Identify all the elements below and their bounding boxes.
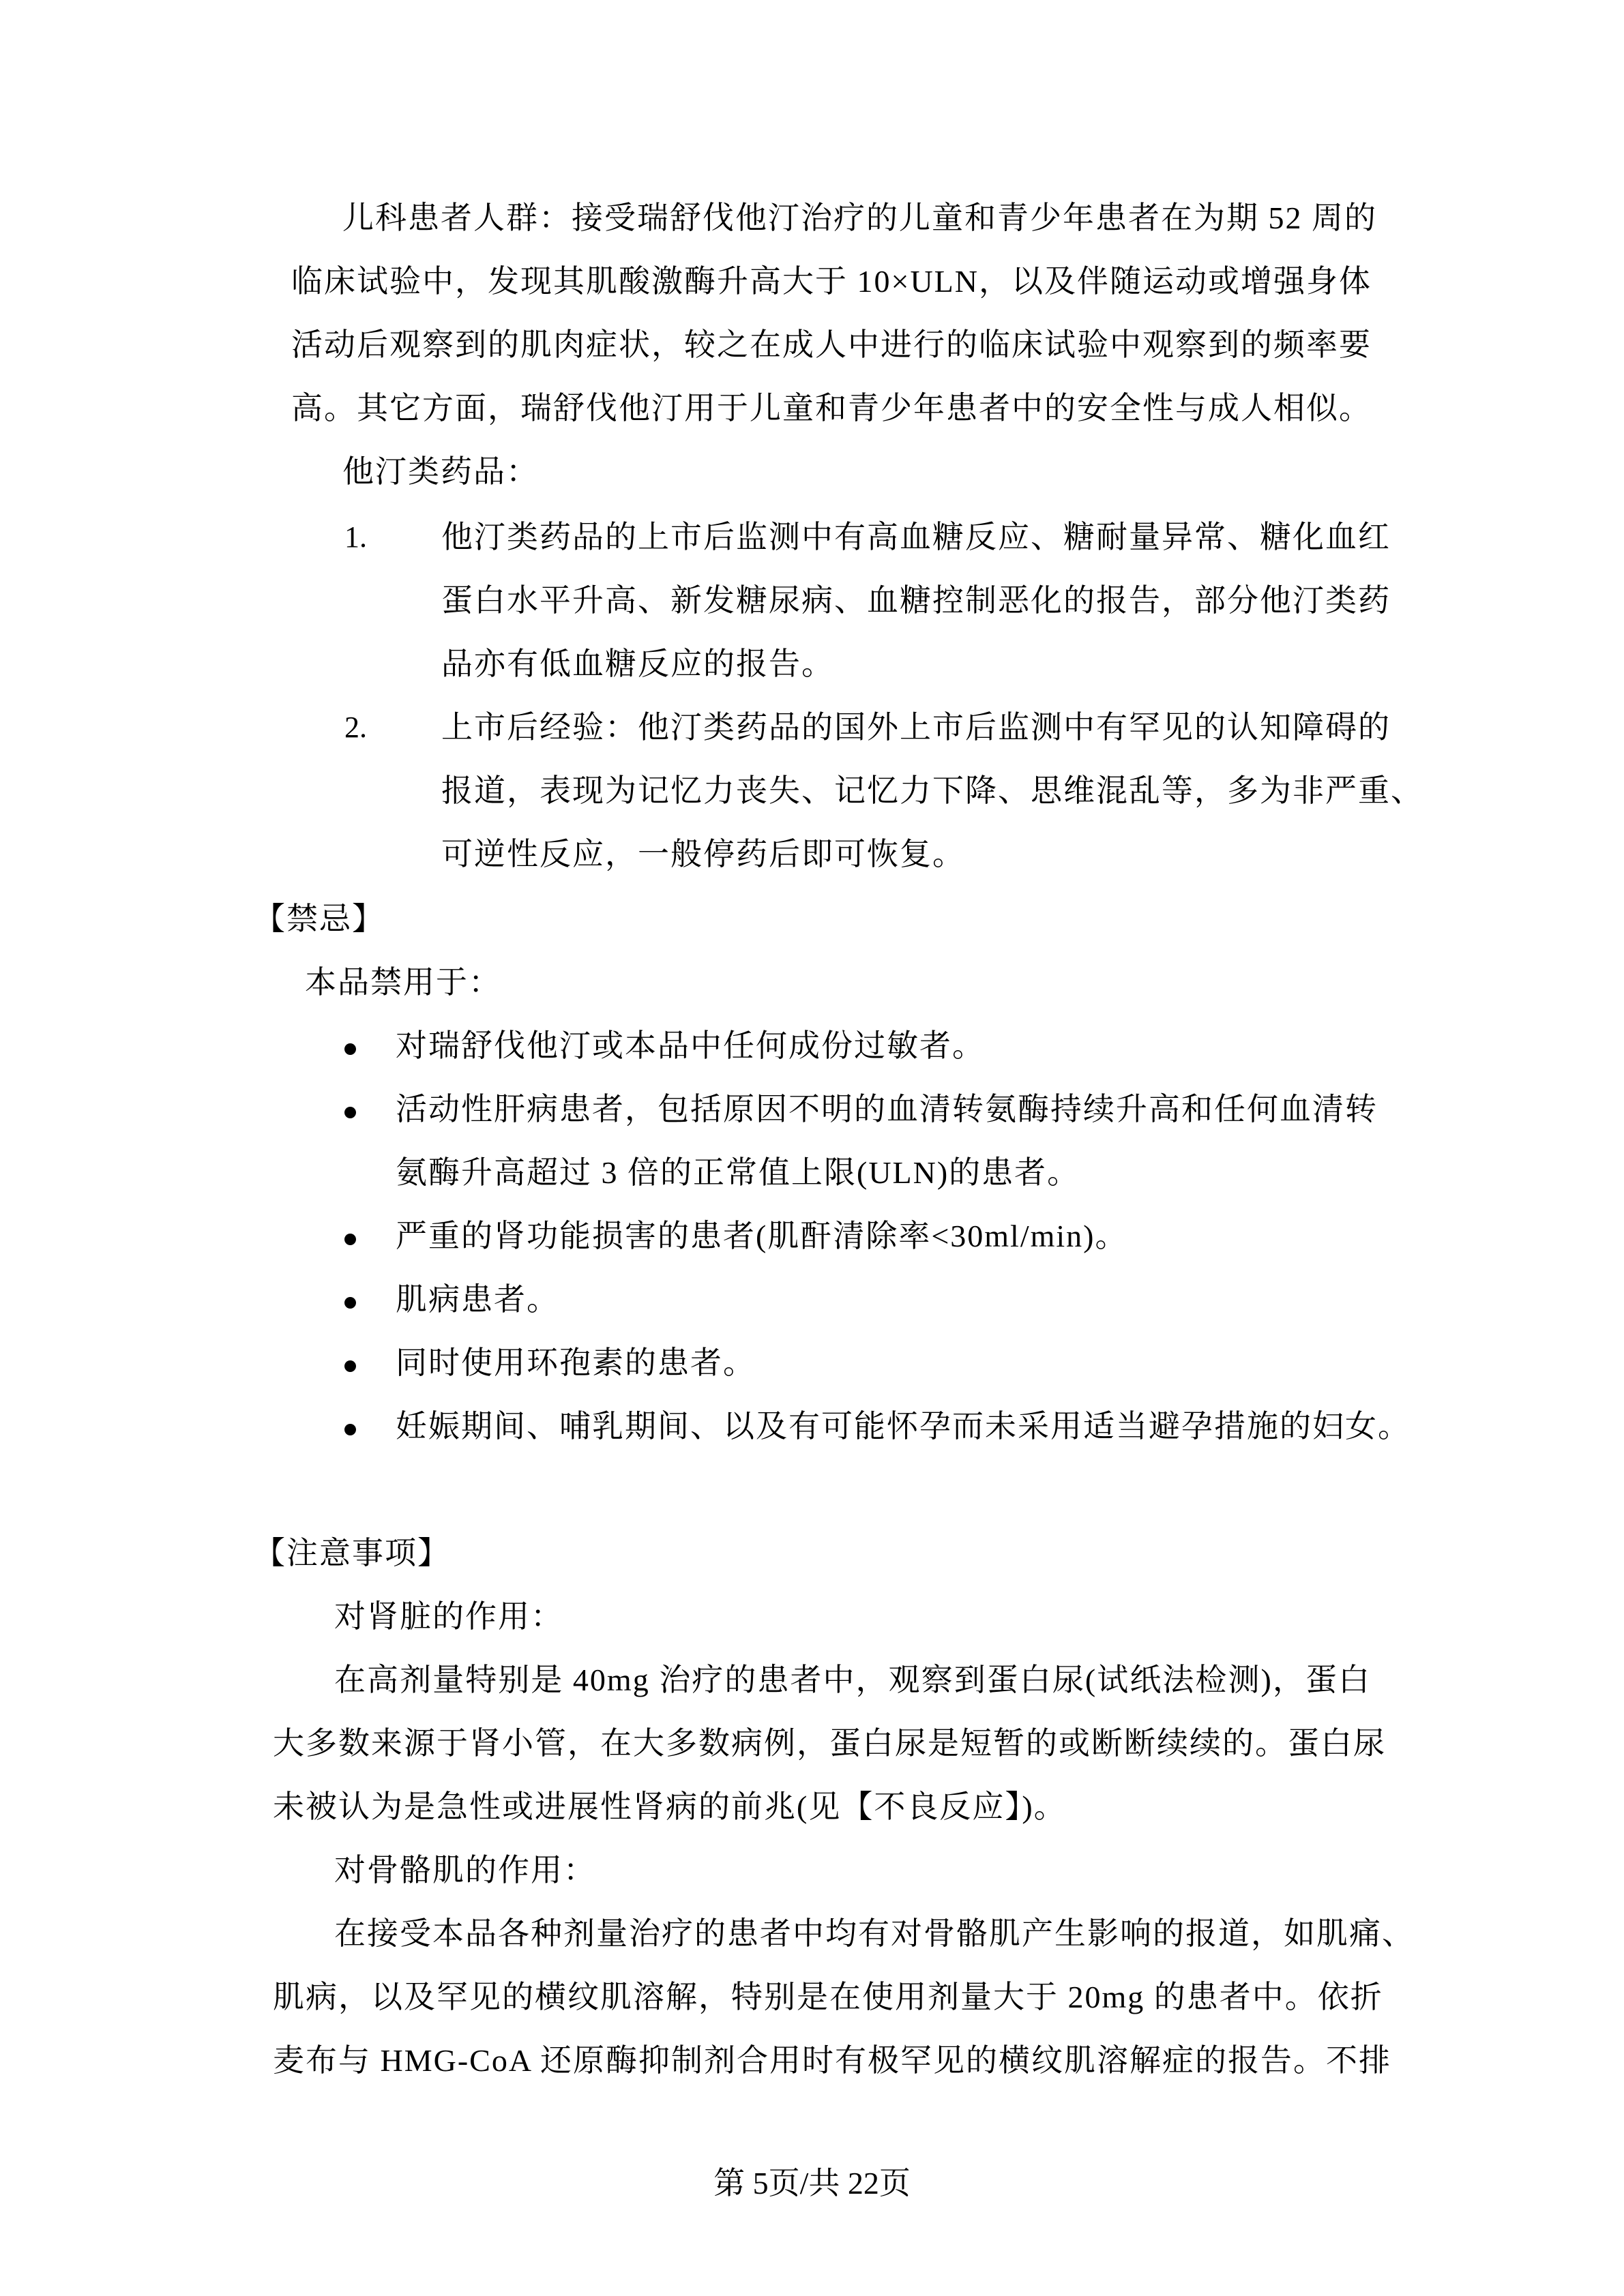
list-item-line: 蛋白水平升高、新发糖尿病、血糖控制恶化的报告，部分他汀类药 — [441, 580, 1371, 621]
pediatric-label: 儿科患者人群： — [342, 200, 572, 235]
kidney-paragraph-line-2: 大多数来源于肾小管，在大多数病例，蛋白尿是短暂的或断断续续的。蛋白尿 — [273, 1723, 1371, 1764]
muscle-subheading: 对骨骼肌的作用： — [334, 1850, 596, 1891]
list-number: 2. — [344, 707, 367, 748]
bullet-item-line: 氨酶升高超过 3 倍的正常值上限(ULN)的患者。 — [396, 1152, 1080, 1193]
bullet-icon — [344, 1297, 356, 1309]
bullet-item-line: 对瑞舒伐他汀或本品中任何成份过敏者。 — [396, 1026, 985, 1067]
list-item-line: 报道，表现为记忆力丧失、记忆力下降、思维混乱等，多为非严重、 — [441, 771, 1371, 811]
list-item-line: 他汀类药品的上市后监测中有高血糖反应、糖耐量异常、糖化血红 — [441, 517, 1371, 558]
pediatric-text: 接受瑞舒伐他汀治疗的儿童和青少年患者在为期 52 周的 — [572, 200, 1377, 235]
contraindications-heading: 【禁忌】 — [254, 899, 385, 940]
contraindications-intro: 本品禁用于： — [305, 962, 501, 1003]
bullet-icon — [344, 1043, 356, 1055]
bullet-item-line: 严重的肾功能损害的患者(肌酐清除率<30ml/min)。 — [396, 1216, 1127, 1257]
kidney-paragraph-line-1: 在高剂量特别是 40mg 治疗的患者中，观察到蛋白尿(试纸法检测)，蛋白 — [334, 1660, 1371, 1701]
bullet-item-line: 同时使用环孢素的患者。 — [396, 1343, 756, 1384]
bullet-item-line: 妊娠期间、哺乳期间、以及有可能怀孕而未采用适当避孕措施的妇女。 — [396, 1406, 1411, 1447]
bullet-icon — [344, 1360, 356, 1372]
page-indicator: 第 5页/共 22页 — [0, 2163, 1624, 2204]
kidney-subheading: 对肾脏的作用： — [334, 1596, 563, 1637]
statins-heading: 他汀类药品： — [342, 451, 539, 492]
muscle-paragraph-line-2: 肌病，以及罕见的横纹肌溶解，特别是在使用剂量大于 20mg 的患者中。依折 — [273, 1977, 1371, 2018]
bullet-icon — [344, 1424, 356, 1435]
pediatric-paragraph-line-2: 临床试验中，发现其肌酸激酶升高大于 10×ULN，以及伴随运动或增强身体 — [291, 261, 1371, 302]
bullet-item-line: 活动性肝病患者，包括原因不明的血清转氨酶持续升高和任何血清转 — [396, 1089, 1371, 1130]
list-item-line: 品亦有低血糖反应的报告。 — [441, 644, 834, 685]
list-item-line: 上市后经验：他汀类药品的国外上市后监测中有罕见的认知障碍的 — [441, 707, 1371, 748]
muscle-paragraph-line-1: 在接受本品各种剂量治疗的患者中均有对骨骼肌产生影响的报道，如肌痛、 — [334, 1913, 1374, 1954]
list-item-line: 可逆性反应，一般停药后即可恢复。 — [441, 834, 965, 875]
bullet-item-line: 肌病患者。 — [396, 1279, 559, 1320]
list-number: 1. — [344, 517, 367, 558]
document-page: 儿科患者人群：接受瑞舒伐他汀治疗的儿童和青少年患者在为期 52 周的 临床试验中… — [0, 0, 1624, 2296]
pediatric-paragraph-line-1: 儿科患者人群：接受瑞舒伐他汀治疗的儿童和青少年患者在为期 52 周的 — [342, 198, 1371, 239]
kidney-paragraph-line-3: 未被认为是急性或进展性肾病的前兆(见【不良反应】)。 — [273, 1787, 1067, 1828]
pediatric-paragraph-line-3: 活动后观察到的肌肉症状，较之在成人中进行的临床试验中观察到的频率要 — [291, 325, 1371, 366]
bullet-icon — [344, 1234, 356, 1245]
muscle-paragraph-line-3: 麦布与 HMG-CoA 还原酶抑制剂合用时有极罕见的横纹肌溶解症的报告。不排 — [273, 2040, 1371, 2081]
precautions-heading: 【注意事项】 — [254, 1533, 450, 1574]
bullet-icon — [344, 1107, 356, 1118]
pediatric-paragraph-line-4: 高。其它方面，瑞舒伐他汀用于儿童和青少年患者中的安全性与成人相似。 — [291, 388, 1372, 429]
